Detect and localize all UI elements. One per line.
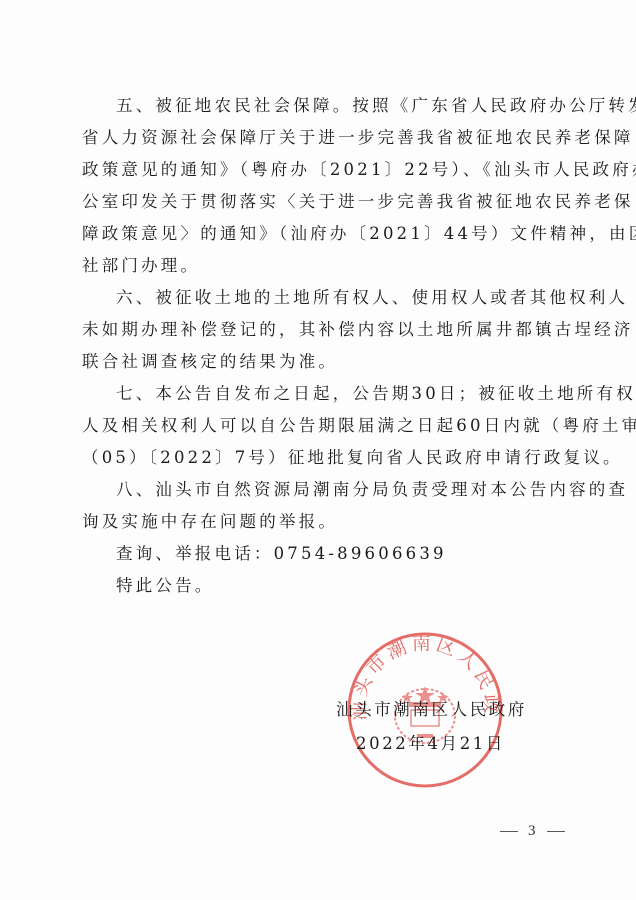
issue-date: 2022年4月21日 [356, 730, 505, 754]
paragraph-contact: 查询、举报电话：0754-89606639 [82, 538, 564, 570]
paragraph-section-5: 五、被征地农民社会保障。按照《广东省人民政府办公厅转发 省人力资源社会保障厅关于… [82, 90, 564, 282]
page-number-value: 3 [528, 823, 537, 839]
dash-decoration [500, 831, 518, 832]
paragraph-section-8: 八、汕头市自然资源局潮南分局负责受理对本公告内容的查 询及实施中存在问题的举报。 [82, 474, 564, 538]
text-line: 联合社调查核定的结果为准。 [82, 346, 564, 378]
text-line: 八、汕头市自然资源局潮南分局负责受理对本公告内容的查 [82, 474, 564, 506]
paragraph-section-6: 六、被征收土地的土地所有权人、使用权人或者其他权利人 未如期办理补偿登记的，其补… [82, 282, 564, 378]
page-number: 3 [490, 823, 575, 840]
text-line: 七、本公告自发布之日起，公告期30日；被征收土地所有权 [82, 378, 564, 410]
closing-line: 特此公告。 [82, 570, 564, 602]
text-line: 障政策意见〉的通知》（汕府办〔2021〕44号）文件精神，由区人 [82, 218, 564, 250]
paragraph-section-7: 七、本公告自发布之日起，公告期30日；被征收土地所有权 人及相关权利人可以自公告… [82, 378, 564, 474]
issuing-organization: 汕头市潮南区人民政府 [336, 696, 527, 720]
text-line: 五、被征地农民社会保障。按照《广东省人民政府办公厅转发 [82, 90, 564, 122]
paragraph-closing: 特此公告。 [82, 570, 564, 602]
document-page: 五、被征地农民社会保障。按照《广东省人民政府办公厅转发 省人力资源社会保障厅关于… [0, 0, 636, 900]
text-line: 社部门办理。 [82, 250, 564, 282]
text-line: 询及实施中存在问题的举报。 [82, 506, 564, 538]
contact-phone-line: 查询、举报电话：0754-89606639 [82, 538, 564, 570]
text-line: 六、被征收土地的土地所有权人、使用权人或者其他权利人 [82, 282, 564, 314]
text-line: （05）〔2022〕7号）征地批复向省人民政府申请行政复议。 [82, 442, 564, 474]
text-line: 公室印发关于贯彻落实〈关于进一步完善我省被征地农民养老保 [82, 186, 564, 218]
document-body: 五、被征地农民社会保障。按照《广东省人民政府办公厅转发 省人力资源社会保障厅关于… [82, 90, 564, 602]
text-line: 省人力资源社会保障厅关于进一步完善我省被征地农民养老保障 [82, 122, 564, 154]
dash-decoration [547, 831, 565, 832]
text-line: 政策意见的通知》（粤府办〔2021〕22号）、《汕头市人民政府办 [82, 154, 564, 186]
text-line: 人及相关权利人可以自公告期限届满之日起60日内就（粤府土审 [82, 410, 564, 442]
text-line: 未如期办理补偿登记的，其补偿内容以土地所属井都镇古埕经济 [82, 314, 564, 346]
